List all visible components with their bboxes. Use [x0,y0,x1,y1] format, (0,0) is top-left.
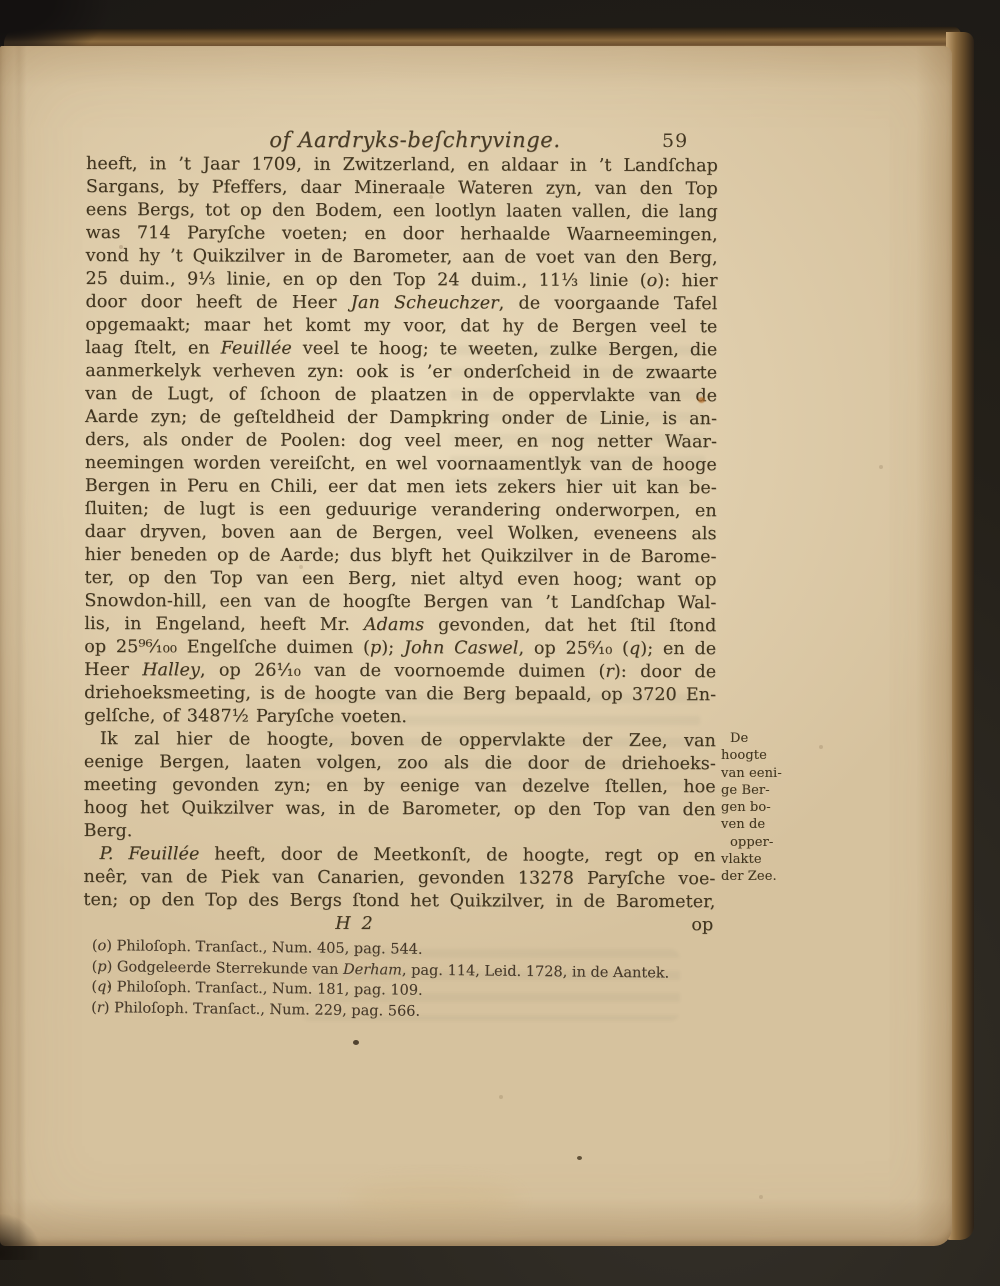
text-line: ten; op den Top des Bergs ſtond het Quik… [83,889,715,914]
text-line: van de Lugt, of ſchoon de plaatzen in de… [85,383,717,408]
book-page-block: of Aardryks-beſchryvinge. 59 heeft, in ’… [0,0,1000,1286]
text-line: Aarde zyn; de geſteldheid der Dampkring … [85,406,717,431]
paragraph: Ik zal hier de hoogte, boven de oppervla… [84,728,716,845]
page-number: 59 [662,130,688,152]
text-line: P. Feuillée heeft, door de Meetkonſt, de… [84,843,716,868]
paper-specks [0,46,2,48]
scan-background: { "header": { "title": "of Aardryks-beſc… [0,0,1000,1286]
text-line: Ik zal hier de hoogte, boven de oppervla… [84,728,716,753]
ink-speck [108,985,111,988]
main-text-column: heeft, in ’t Jaar 1709, in Zwitzerland, … [83,153,718,937]
margin-note-line: der Zee. [721,868,789,885]
text-line: lis, in Engeland, heeft Mr. Adams gevond… [84,613,716,638]
text-line: vond hy ’t Quikzilver in de Barometer, a… [86,245,718,270]
signature-mark: H 2 [335,913,374,936]
text-line: Berg. [84,820,716,845]
text-line: hoog het Quikzilver was, in de Barometer… [84,797,716,822]
footnotes: (o) Philoſoph. Tranſact., Num. 405, pag.… [91,936,736,1025]
text-line: Heer Halley, op 26¹⁄₁₀ van de voornoemde… [84,659,716,684]
text-line: op 25⁹⁶⁄₁₀₀ Engelſche duimen (p); John C… [84,636,716,661]
bottom-left-shadow [0,1214,40,1260]
signature-row: H 2 op [83,912,715,937]
text-line: ders, als onder de Poolen: dog veel meer… [85,429,717,454]
orange-stain [698,397,705,403]
paragraph: P. Feuillée heeft, door de Meetkonſt, de… [83,843,715,914]
text-line: hier beneden op de Aarde; dus blyft het … [85,544,717,569]
paragraph: heeft, in ’t Jaar 1709, in Zwitzerland, … [84,153,718,730]
text-line: ſluiten; de lugt is een geduurige verand… [85,498,717,523]
running-header: of Aardryks-beſchryvinge. [195,128,635,152]
margin-note-line: gen bo- [721,799,789,816]
text-line: aanmerkelyk verheven zyn: ook is ’er ond… [85,360,717,385]
text-line: opgemaakt; maar het komt my voor, dat hy… [85,314,717,339]
text-line: heeft, in ’t Jaar 1709, in Zwitzerland, … [86,153,718,178]
margin-note-line: vlakte [721,851,789,868]
margin-note-line: ge Ber- [721,782,789,799]
text-line: gelſche, of 3487½ Paryſche voeten. [84,705,716,730]
text-line: meeting gevonden zyn; en by eenige van d… [84,774,716,799]
margin-note-line: opper- [721,834,789,851]
text-line: Bergen in Peru en Chili, eer dat men iet… [85,475,717,500]
text-line: ter, op den Top van een Berg, niet altyd… [84,567,716,592]
ink-speck [577,1156,582,1160]
text-line: door door heeft de Heer Jan Scheuchzer, … [85,291,717,316]
text-line: Sargans, by Pfeffers, daar Mineraale Wat… [86,176,718,201]
text-line: driehoeksmeeting, is de hoogte van die B… [84,682,716,707]
text-line: was 714 Paryſche voeten; en door herhaal… [86,222,718,247]
text-line: 25 duim., 9⅓ linie, en op den Top 24 dui… [86,268,718,293]
catchword: op [691,914,713,937]
ink-speck [353,1040,359,1045]
book-page: of Aardryks-beſchryvinge. 59 heeft, in ’… [0,46,952,1246]
margin-note: Dehoogtevan eeni-ge Ber-gen bo-ven deopp… [721,730,789,886]
margin-note-line: ven de [721,816,789,833]
margin-note-line: De [721,730,789,747]
margin-note-line: van eeni- [721,765,789,782]
text-line: daar dryven, boven aan de Bergen, veel W… [85,521,717,546]
text-line: laag ſtelt, en Feuillée veel te hoog; te… [85,337,717,362]
margin-note-line: hoogte [721,747,789,764]
text-line: eens Bergs, tot op den Bodem, een lootly… [86,199,718,224]
text-line: Snowdon-hill, een van de hoogſte Bergen … [84,590,716,615]
paper-discoloration [350,1181,520,1217]
text-line: neêr, van de Piek van Canarien, gevonden… [83,866,715,891]
text-line: neemingen worden vereiſcht, en wel voorn… [85,452,717,477]
text-line: eenige Bergen, laaten volgen, zoo als di… [84,751,716,776]
